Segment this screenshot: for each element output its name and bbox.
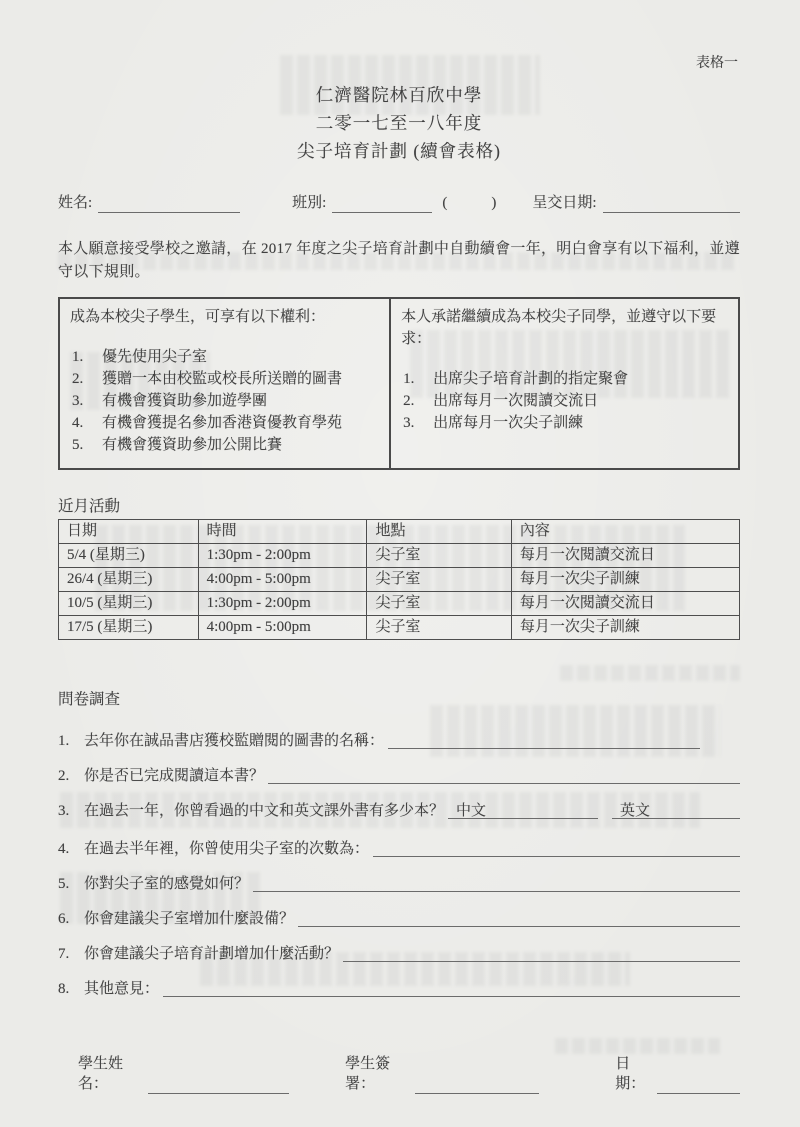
question-text: 其他意見：	[84, 978, 159, 1000]
name-field-line	[98, 195, 240, 213]
class-number-paren-close: )	[491, 193, 496, 213]
english-count-line: 英文	[612, 800, 740, 819]
student-signature-label: 學生簽署：	[345, 1054, 415, 1094]
cell-location: 尖子室	[367, 616, 511, 640]
question-number: 4.	[58, 838, 84, 860]
answer-line	[163, 978, 740, 997]
question-text: 你對尖子室的感覺如何？	[84, 873, 249, 895]
class-number-paren-open: (	[442, 193, 447, 213]
answer-line	[388, 730, 700, 749]
benefit-item: 有機會獲資助參加遊學團	[70, 390, 381, 412]
student-name-line	[148, 1076, 289, 1094]
benefit-item: 優先使用尖子室	[70, 346, 381, 368]
table-row: 10/5 (星期三) 1:30pm - 2:00pm 尖子室 每月一次閱讀交流日	[59, 592, 740, 616]
column-header-time: 時間	[198, 520, 367, 544]
table-header-row: 日期 時間 地點 內容	[59, 520, 740, 544]
question-number: 2.	[58, 765, 84, 787]
question-number: 8.	[58, 978, 84, 1000]
survey-question-6: 6. 你會建議尖子室增加什麼設備？	[58, 908, 740, 930]
answer-line	[253, 873, 740, 892]
cell-date: 10/5 (星期三)	[59, 592, 199, 616]
cell-content: 每月一次尖子訓練	[511, 616, 739, 640]
form-number-label: 表格一	[58, 52, 740, 72]
table-row: 5/4 (星期三) 1:30pm - 2:00pm 尖子室 每月一次閱讀交流日	[59, 544, 740, 568]
column-header-date: 日期	[59, 520, 199, 544]
survey-question-4: 4. 在過去半年裡，你曾使用尖子室的次數為：	[58, 838, 740, 860]
activities-table: 日期 時間 地點 內容 5/4 (星期三) 1:30pm - 2:00pm 尖子…	[58, 519, 740, 640]
obligation-item: 出席每月一次尖子訓練	[401, 412, 730, 434]
school-name: 仁濟醫院林百欣中學	[58, 81, 740, 109]
survey-section-title: 問卷調查	[58, 687, 740, 709]
survey-question-5: 5. 你對尖子室的感覺如何？	[58, 873, 740, 895]
cell-date: 5/4 (星期三)	[59, 544, 199, 568]
cell-content: 每月一次尖子訓練	[511, 568, 739, 592]
student-name-label: 學生姓名：	[78, 1054, 148, 1094]
question-number: 3.	[58, 800, 84, 822]
class-label: 班別:	[292, 193, 326, 213]
question-text: 在過去一年，你曾看過的中文和英文課外書有多少本？	[84, 800, 444, 822]
question-number: 5.	[58, 873, 84, 895]
cell-location: 尖子室	[367, 568, 511, 592]
signature-row: 學生姓名： 學生簽署： 日期：	[58, 1054, 740, 1094]
cell-location: 尖子室	[367, 592, 511, 616]
activities-section-title: 近月活動	[58, 494, 740, 516]
question-text: 在過去半年裡，你曾使用尖子室的次數為：	[84, 838, 369, 860]
obligations-list: 出席尖子培育計劃的指定聚會 出席每月一次閱讀交流日 出席每月一次尖子訓練	[401, 368, 730, 434]
question-text: 你會建議尖子培育計劃增加什麼活動？	[84, 943, 339, 965]
chinese-label: 中文	[456, 803, 486, 819]
student-info-row: 姓名: 班別: ( ) 呈交日期:	[58, 193, 740, 213]
english-label: 英文	[620, 803, 650, 819]
table-row: 26/4 (星期三) 4:00pm - 5:00pm 尖子室 每月一次尖子訓練	[59, 568, 740, 592]
benefit-item: 獲贈一本由校監或校長所送贈的圖書	[70, 368, 381, 390]
obligations-heading: 本人承諾繼續成為本校尖子同學，並遵守以下要求：	[401, 306, 730, 350]
cell-time: 1:30pm - 2:00pm	[198, 544, 367, 568]
obligations-cell: 本人承諾繼續成為本校尖子同學，並遵守以下要求： 出席尖子培育計劃的指定聚會 出席…	[390, 298, 739, 469]
date-line	[657, 1076, 740, 1094]
class-field-line	[332, 195, 432, 213]
survey-question-1: 1. 去年你在誠品書店獲校監贈閱的圖書的名稱：	[58, 730, 740, 752]
obligation-item: 出席尖子培育計劃的指定聚會	[401, 368, 730, 390]
benefits-obligations-table: 成為本校尖子學生，可享有以下權利： 優先使用尖子室 獲贈一本由校監或校長所送贈的…	[58, 297, 740, 470]
benefits-list: 優先使用尖子室 獲贈一本由校監或校長所送贈的圖書 有機會獲資助參加遊學團 有機會…	[70, 346, 381, 456]
cell-content: 每月一次閱讀交流日	[511, 544, 739, 568]
benefits-heading: 成為本校尖子學生，可享有以下權利：	[70, 306, 381, 328]
intro-paragraph: 本人願意接受學校之邀請，在 2017 年度之尖子培育計劃中自動續會一年，明白會享…	[58, 238, 740, 284]
obligation-item: 出席每月一次閱讀交流日	[401, 390, 730, 412]
academic-year: 二零一七至一八年度	[58, 109, 740, 137]
cell-time: 4:00pm - 5:00pm	[198, 568, 367, 592]
answer-line	[373, 838, 740, 857]
question-number: 1.	[58, 730, 84, 752]
question-number: 7.	[58, 943, 84, 965]
scanned-form-page: 表格一 仁濟醫院林百欣中學 二零一七至一八年度 尖子培育計劃 (續會表格) 姓名…	[0, 0, 800, 1127]
column-header-content: 內容	[511, 520, 739, 544]
cell-location: 尖子室	[367, 544, 511, 568]
cell-date: 26/4 (星期三)	[59, 568, 199, 592]
benefits-cell: 成為本校尖子學生，可享有以下權利： 優先使用尖子室 獲贈一本由校監或校長所送贈的…	[59, 298, 390, 469]
cell-content: 每月一次閱讀交流日	[511, 592, 739, 616]
student-signature-line	[415, 1076, 539, 1094]
question-text: 你是否已完成閱讀這本書？	[84, 765, 264, 787]
survey-question-7: 7. 你會建議尖子培育計劃增加什麼活動？	[58, 943, 740, 965]
cell-time: 4:00pm - 5:00pm	[198, 616, 367, 640]
submit-date-label: 呈交日期:	[532, 193, 596, 213]
question-number: 6.	[58, 908, 84, 930]
cell-time: 1:30pm - 2:00pm	[198, 592, 367, 616]
cell-date: 17/5 (星期三)	[59, 616, 199, 640]
survey-question-2: 2. 你是否已完成閱讀這本書？	[58, 765, 740, 787]
answer-line	[268, 765, 740, 784]
benefit-item: 有機會獲資助參加公開比賽	[70, 434, 381, 456]
program-title: 尖子培育計劃 (續會表格)	[58, 137, 740, 165]
answer-line	[298, 908, 740, 927]
table-row: 17/5 (星期三) 4:00pm - 5:00pm 尖子室 每月一次尖子訓練	[59, 616, 740, 640]
survey-questions: 1. 去年你在誠品書店獲校監贈閱的圖書的名稱： 2. 你是否已完成閱讀這本書？ …	[58, 730, 740, 1000]
document-header: 仁濟醫院林百欣中學 二零一七至一八年度 尖子培育計劃 (續會表格)	[58, 81, 740, 165]
chinese-count-line: 中文	[448, 800, 598, 819]
survey-question-3: 3. 在過去一年，你曾看過的中文和英文課外書有多少本？ 中文 英文	[58, 800, 740, 822]
column-header-location: 地點	[367, 520, 511, 544]
benefit-item: 有機會獲提名參加香港資優教育學苑	[70, 412, 381, 434]
date-label: 日期：	[615, 1054, 657, 1094]
submit-date-field-line	[603, 195, 740, 213]
question-text: 你會建議尖子室增加什麼設備？	[84, 908, 294, 930]
name-label: 姓名:	[58, 193, 92, 213]
survey-question-8: 8. 其他意見：	[58, 978, 740, 1000]
answer-line	[343, 943, 740, 962]
question-text: 去年你在誠品書店獲校監贈閱的圖書的名稱：	[84, 730, 384, 752]
